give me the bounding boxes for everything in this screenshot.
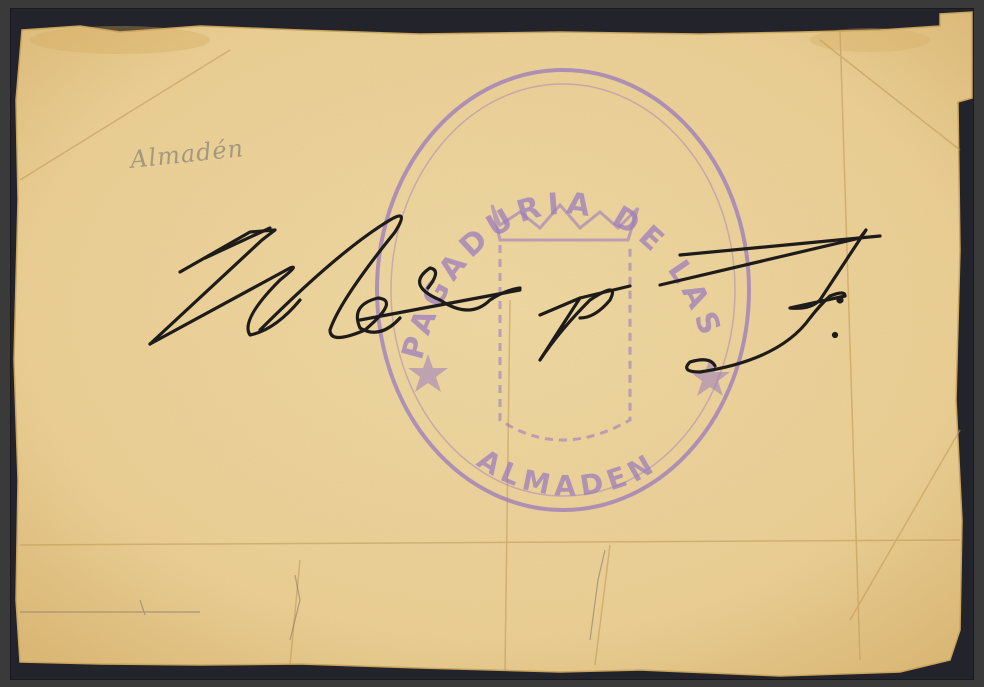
voucher-paper: PAGADURIA DE LAS MINAS ALMADEN (0, 0, 984, 687)
